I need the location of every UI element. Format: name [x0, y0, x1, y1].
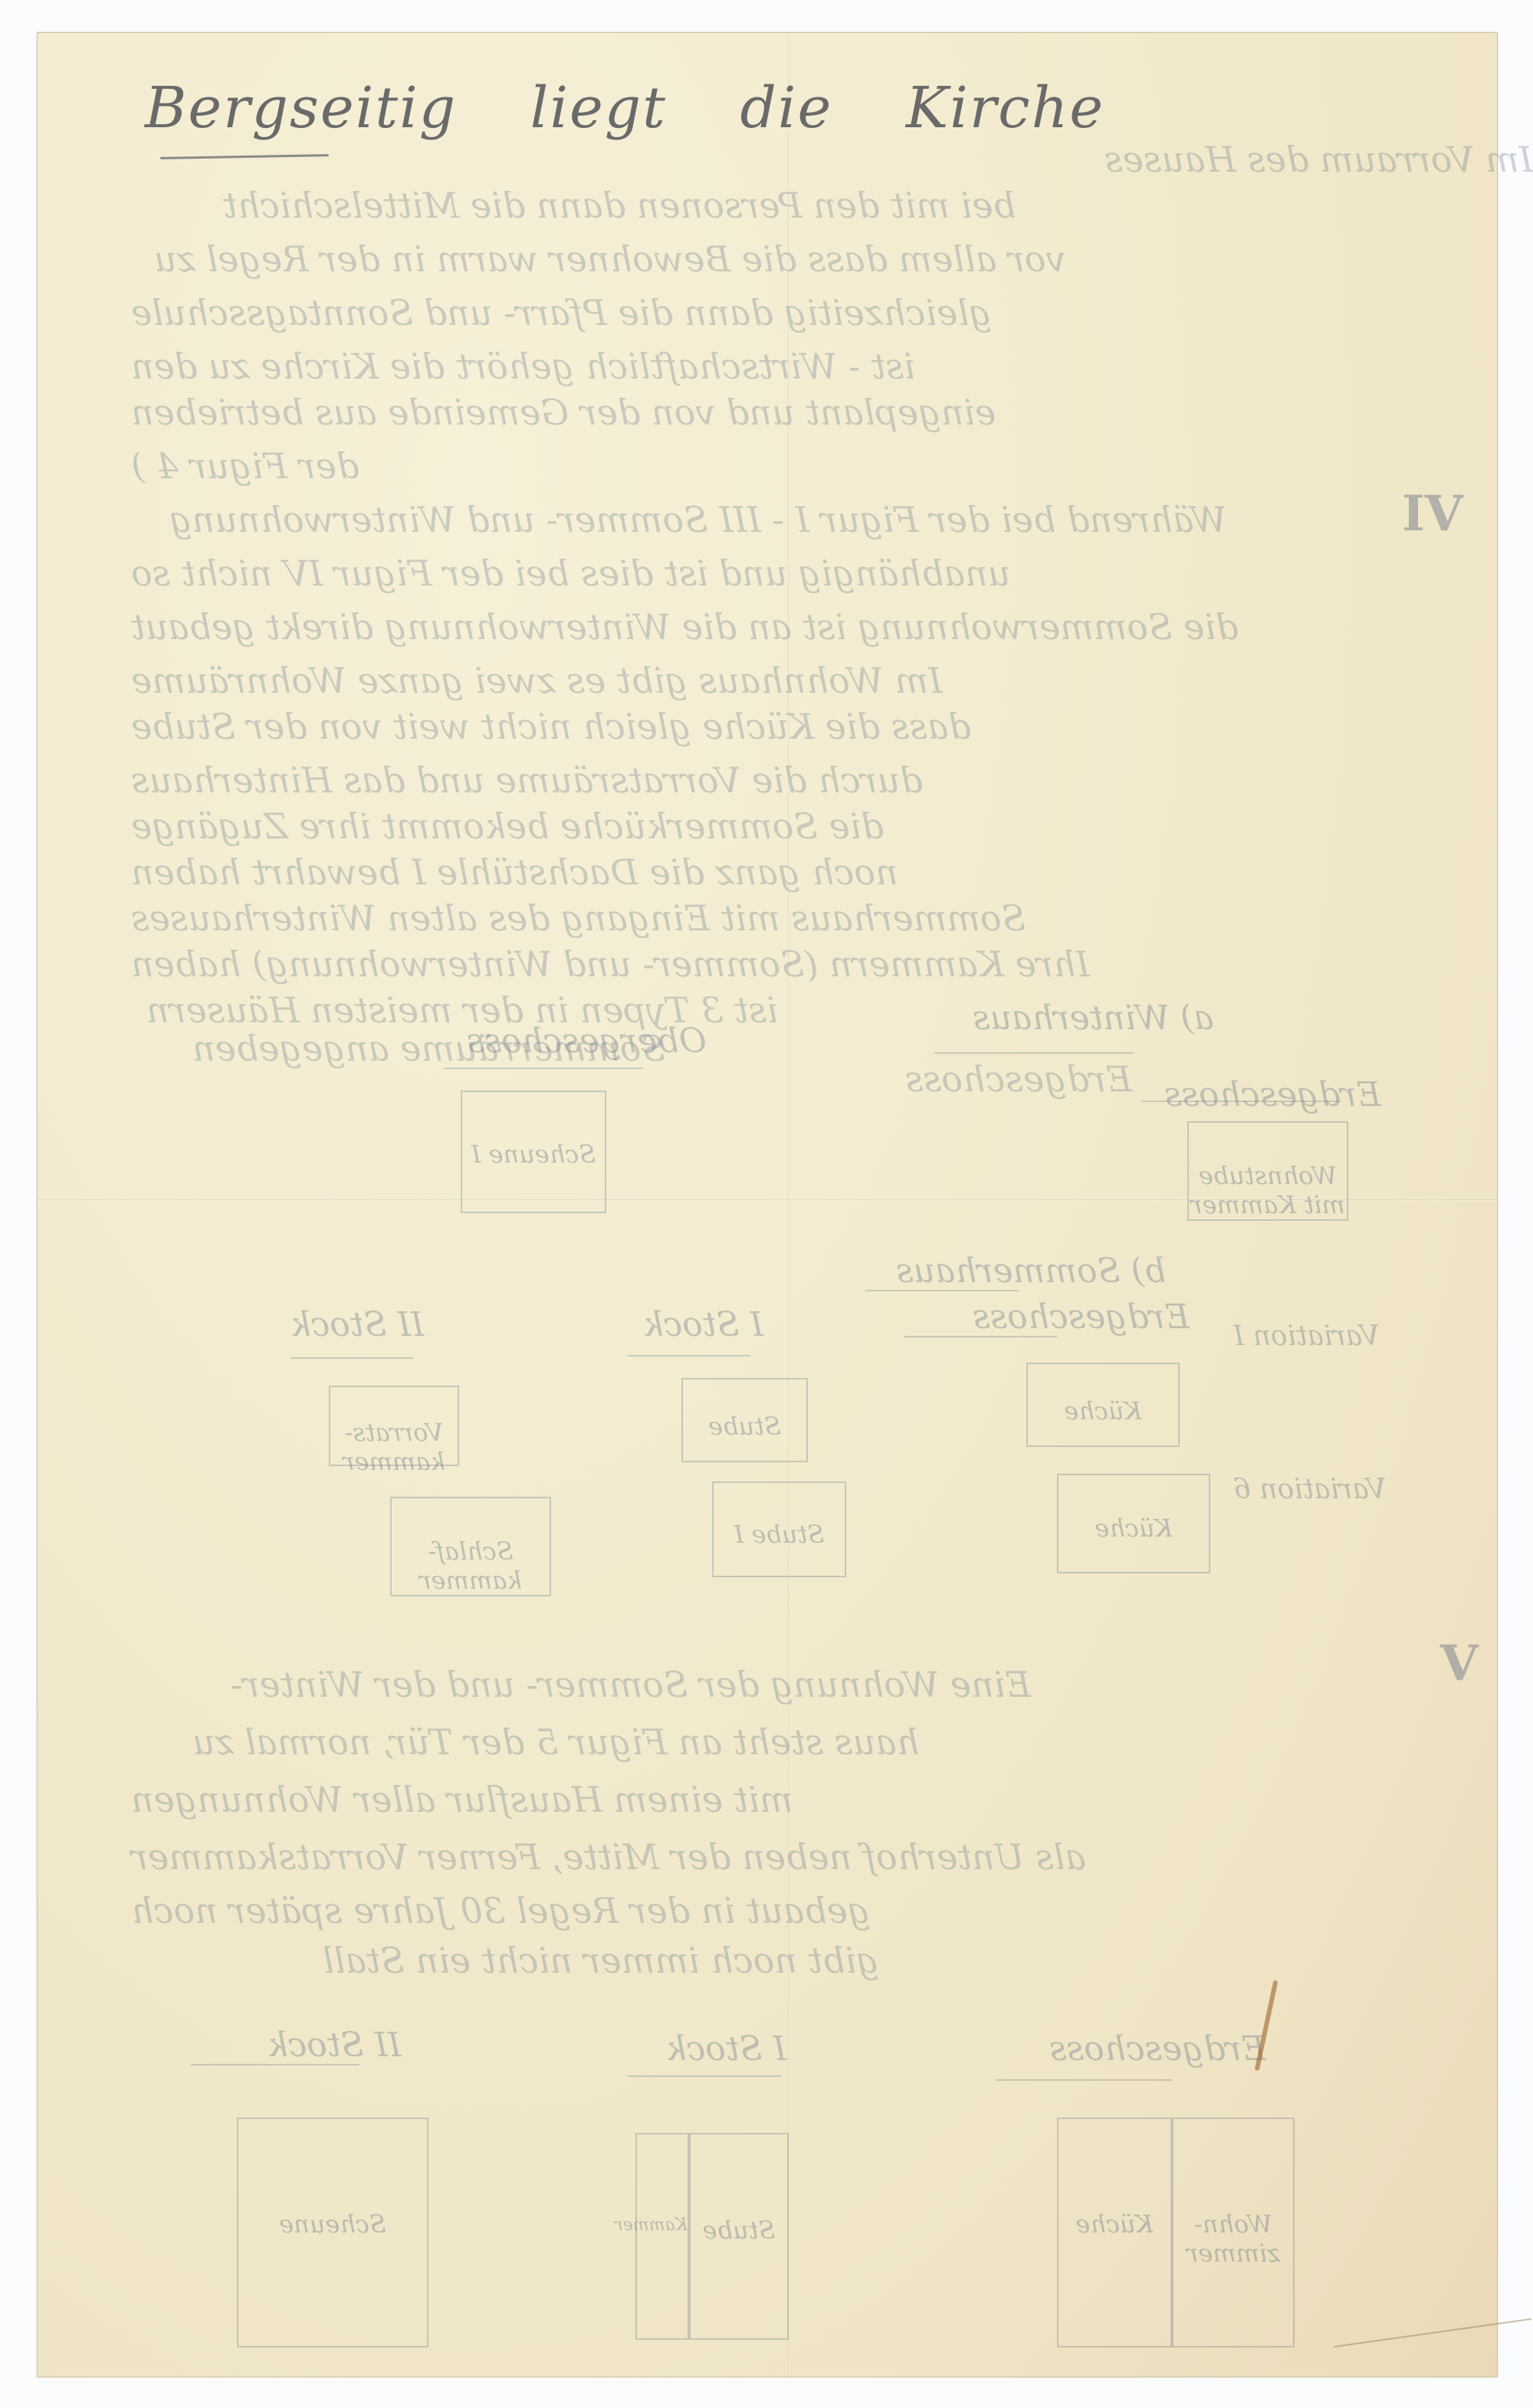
floorplan-room: Vorrats-kammer [329, 1386, 459, 1466]
show-through-line: durch die Vorratsräume und das Hinterhau… [131, 759, 923, 801]
floorplan-room: Kammer [635, 2133, 689, 2340]
floorplan-room: Stube [689, 2133, 789, 2340]
header-underline [628, 2075, 781, 2077]
header-underline [1141, 1101, 1341, 1102]
diagram-header: II Stock [291, 1305, 424, 1344]
diagram-header: Erdgeschoss [1049, 2029, 1266, 2068]
diagram-header: Obergeschoss [467, 1022, 707, 1061]
floorplan-room: Stube [681, 1378, 808, 1462]
show-through-line: gebaut in der Regel 30 Jahre später noch [131, 1890, 870, 1931]
heading-word: Bergseitig [145, 75, 457, 141]
floorplan-room: Scheune [237, 2118, 428, 2347]
section-marker-iv: IV [1402, 485, 1463, 543]
show-through-line: eingeplant und von der Gemeinde aus betr… [131, 392, 996, 433]
show-through-line: Während bei der Figur I - III Sommer- un… [169, 499, 1227, 540]
diagram-header: Erdgeschoss [973, 1297, 1190, 1337]
floorplan-room: Küche [1057, 1474, 1210, 1573]
show-through-line: bei mit den Personen dann die Mittelschi… [223, 185, 1016, 226]
show-through-line: unabhängig und ist dies bei der Figur IV… [131, 553, 1010, 594]
header-underline [291, 1357, 413, 1359]
variation-label: Variation 6 [1233, 1474, 1387, 1505]
floorplan-room: Stube I [712, 1481, 846, 1577]
show-through-line: die Sommerwohnung ist an die Winterwohnu… [131, 606, 1239, 648]
show-through-line: die Sommerküche bekommt ihre Zugänge [131, 805, 884, 847]
show-through-line: dass die Küche gleich nicht weit von der… [131, 706, 971, 747]
show-through-line: gleichzeitig dann die Pfarr- und Sonntag… [131, 292, 992, 333]
show-through-line: als Unterhof neben der Mitte, Ferner Vor… [131, 1836, 1086, 1878]
floorplan-room: Wohnstube mit Kammer [1187, 1121, 1348, 1221]
floorplan-room: Küche [1026, 1363, 1180, 1447]
heading-word: Kirche [906, 75, 1105, 141]
show-through-line: Im Vorraum des Hauses [1105, 139, 1533, 180]
header-underline [934, 1052, 1134, 1054]
section-marker-v: V [1440, 1635, 1479, 1692]
header-underline [444, 1068, 643, 1069]
header-underline [191, 2064, 359, 2065]
heading-word: liegt [530, 75, 667, 141]
diagram-header: I Stock [643, 1305, 763, 1344]
show-through-line: mit einem Hausflur aller Wohnungen [131, 1779, 793, 1820]
show-through-line: Ihre Kammern (Sommer- und Winterwohnung)… [131, 943, 1090, 985]
document-sheet: Bergseitig liegt die Kirche Im Vorraum d… [37, 32, 1498, 2377]
floorplan-room: Schlaf-kammer [390, 1497, 551, 1596]
diagram-header: I Stock [666, 2029, 786, 2068]
corner-crease [1334, 2318, 1531, 2347]
header-underline [628, 1355, 750, 1357]
diagram-header: a) Winterhaus [973, 999, 1214, 1038]
variation-label: Variation I [1233, 1320, 1380, 1352]
header-underline [865, 1290, 1019, 1291]
paper-stain [1255, 1980, 1279, 2072]
floorplan-room: Wohn-zimmer [1172, 2118, 1295, 2347]
show-through-line: Erdgeschoss [905, 1058, 1132, 1100]
heading-underline [160, 154, 329, 159]
diagram-header: II Stock [268, 2026, 401, 2065]
floorplan-room: Küche [1057, 2118, 1172, 2347]
show-through-line: Sommerhaus mit Eingang des alten Winterh… [131, 897, 1026, 939]
show-through-line: Im Wohnhaus gibt es zwei ganze Wohnräume [131, 660, 942, 701]
diagram-title: b) Sommerhaus [896, 1252, 1166, 1291]
show-through-line: noch ganz die Dachstühle I bewahrt haben [131, 851, 898, 893]
show-through-line: haus steht an Figur 5 der Tür, normal zu [192, 1721, 919, 1763]
diagram-header: Erdgeschoss [1164, 1075, 1381, 1114]
show-through-line: der Figur 4 ) [131, 445, 359, 487]
show-through-line: ist - Wirtschaftlich gehört die Kirche z… [131, 346, 915, 387]
show-through-line: Eine Wohnung der Sommer- und der Winter- [231, 1664, 1031, 1705]
show-through-line: gibt noch immer nicht ein Stall [323, 1940, 879, 1981]
show-through-line: vor allem dass die Bewohner warm in der … [154, 238, 1066, 280]
heading-word: die [740, 75, 832, 141]
page-heading: Bergseitig liegt die Kirche [145, 75, 1158, 141]
floorplan-room: Scheune I [461, 1091, 606, 1213]
header-underline [996, 2079, 1172, 2081]
header-underline [904, 1336, 1057, 1337]
